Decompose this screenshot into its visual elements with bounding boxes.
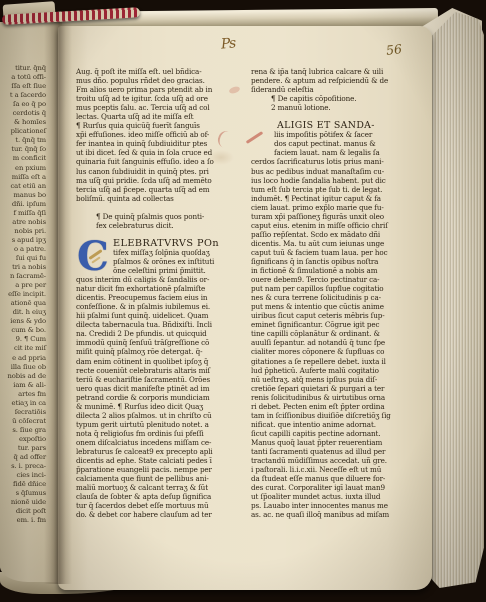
text-line: ut ibi dicet. ſed & quia in ſola cruce e… (76, 148, 250, 157)
text-line: ¶ Rurſus quia quicūq̄ fuerīt ſanguīs (76, 121, 250, 130)
folio-number: 56 (385, 41, 403, 58)
text-line: dicentis. Preocupemus faciem eius in (76, 293, 250, 302)
text-line: ALIGIS ET SANDA- (251, 121, 425, 130)
text-line: lus canon ſubdiuidit in quinq̄ ptes. pri (76, 167, 250, 176)
facing-page-line-fragment: em. i. fm (0, 516, 46, 525)
text-line: i paſtorali. li.i.c.xii. Neceſſe eſt ut … (251, 465, 425, 474)
text-line: hii pſalmi ſunt quinq̄. uidelicet. Quam (76, 311, 250, 320)
text-line: natur dicit fm exhortationē pſalmiſte (76, 284, 250, 293)
facing-page-line-fragment: nobis ad de (0, 372, 46, 381)
text-line: ri debet. Pecten enim eſt p̄pter ordina (251, 402, 425, 411)
text-line: Manus quoq̄ lauat p̄pter reuerentiam (251, 438, 425, 447)
text-line: indumēt. ¶ Pectinat igitur caput & fa (251, 194, 425, 203)
facing-page-line-fragment: ū cōſecrat (0, 417, 46, 426)
text-line: ius loco hodie ſandalia habent. put dic (251, 176, 425, 185)
facing-page-line-fragment: n ſacramē- (0, 272, 46, 281)
text-line: eminet ſignificantur. Cōgrue igit pec (251, 320, 425, 329)
text-line: renis ſolicitudinibus & uirtutibus orna (251, 393, 425, 402)
facing-page-line-fragment: 9. ¶ Cum (0, 335, 46, 344)
facing-page-line-fragment: nionē uide (0, 498, 46, 507)
facing-page-line-fragment: tur. pars (0, 444, 46, 453)
text-line: & munimē. ¶ Rurſus ideo dicit Quaʒ (76, 402, 250, 411)
text-line: onem diſcalciatus incedens miſſam ce- (76, 438, 250, 447)
facing-page-line-fragment: artes fm (0, 390, 46, 399)
text-line: dicentis ad ephe. State calciati pedes ī (76, 456, 250, 465)
text-line: dilecta 2 alios pſalmos. ut in chriſto c… (76, 411, 250, 420)
text-line: ma uſq̄ qui pridie. ſcda uſq̄ ad memēto (76, 176, 250, 185)
decorated-initial-C: C (77, 239, 113, 277)
text-line: tam in ſciſſionibus diuiſiōe diſcretiōʒ … (251, 411, 425, 420)
text-line: cerdos ſacrificaturus lotis prius mani- (251, 157, 425, 166)
facing-page-line-fragment: f miſſa q̄ſi (0, 209, 46, 218)
text-line: mus pceptis ſalu. ac. Tercia uſq̄ ad col (76, 103, 250, 112)
facing-page-line-fragment: s. i. preca- (0, 462, 46, 471)
text-line: uiribus ſicut caput ceteris mēbris ſup- (251, 311, 425, 320)
facing-page-line-fragment: atre nobis (0, 218, 46, 227)
text-line: calciamenta que fiunt de pellibus ani- (76, 474, 250, 483)
text-line: lebraturus ſe calceat9 ex precepto apli (76, 447, 250, 456)
facing-page-line-fragment: s. ſiue gra (0, 426, 46, 435)
text-line: boliſmū. quinta ad collectas (76, 194, 250, 203)
text-line: do. & debet cor habere clauſum ad ter (76, 510, 250, 519)
text-line: clauſa de ſobter & apta deſup ſignifica (76, 492, 250, 501)
text-line: lectas. Quarta uſq̄ ad ite miſſa eſt (76, 112, 250, 121)
text-line: na. Credidi 2 De pfundis. ut quicquid (76, 329, 250, 338)
facing-page-line-fragment: dicit poſt (0, 507, 46, 516)
facing-page-line-fragment: a pre per (0, 281, 46, 290)
text-line: maliū mortuoʒ & calcant terraʒ & ſūt (76, 483, 250, 492)
text-line: typum gerit uirtutū plenitudo notet. a (76, 420, 250, 429)
facing-page-line-fragment: manus bo (0, 191, 46, 200)
facing-page-line-fragment: t. q̄nq̄ tm (0, 136, 46, 145)
text-line: cialiter mores cōponere & ſupfluas co (251, 347, 425, 356)
facing-page-line-fragment: illa ſiue ob (0, 363, 46, 372)
text-column-right: rena & ip̄a tanq̄ lubrica calcare & uili… (251, 67, 425, 519)
text-line: miſit quinq̄ pſalmoʒ rōe detergat. q̄- (76, 347, 250, 356)
text-line: nū ueſtraʒ. atq̄ mens ipſius puia diſ- (251, 375, 425, 384)
text-line: quinaria fuit ſanguinis effuſio. ideo a … (76, 157, 250, 166)
text-line: paſſio rep̄ſentat. Scdo ex mādato dñi (251, 230, 425, 239)
facing-page-line-fragment: a totū offi- (0, 73, 46, 82)
facing-page-line-fragment: q̄ ad offer (0, 453, 46, 462)
text-line: tur q̄ ſacerdos debet eſſe mortuus mū (76, 501, 250, 510)
facing-page-line-fragment: & homīes (0, 118, 46, 127)
facing-page-line-fragment: cies inci- (0, 471, 46, 480)
facing-page-line-fragment: m conficit (0, 154, 46, 163)
facing-page-line-fragment: e ad ppria (0, 354, 46, 363)
text-line: tercia uſq̄ ad p̄cepe. quarta uſq̄ ad em (76, 185, 250, 194)
text-line: ciem lauat. primo exp̄lo marie que fu- (251, 203, 425, 212)
text-line: nes & cura terrene ſolicitudinis p ca- (251, 293, 425, 302)
text-line (76, 203, 250, 212)
text-line: bus ac pedibus induat manaſtaſim cu- (251, 167, 425, 176)
facing-page-line-fragment: dit. h eiuʒ (0, 308, 46, 317)
text-line: auulſi ſepantur. ad notandū q̄ tunc ſpe (251, 338, 425, 347)
text-line: fex celebraturus dicit. (76, 221, 250, 230)
facing-page-line-fragment: titur. q̄nq̄ (0, 64, 46, 73)
text-line: nificat. que intentio anime adornat. (251, 420, 425, 429)
text-line: put nam per capillos ſupflue cogitatio (251, 284, 425, 293)
facing-page-line-fragment: tri a nobis (0, 263, 46, 272)
text-line: rena & ip̄a tanq̄ lubrica calcare & uili (251, 67, 425, 76)
text-line: 2 manuū lotione. (251, 103, 425, 112)
text-line: lud p̄pheticū. Auferte malū cogitatio (251, 366, 425, 375)
text-line: ſiderandū celeſtia (251, 85, 425, 94)
text-line: recte coueniūt celebraturis altaris miſ (76, 366, 250, 375)
text-line: faciem lauat. nam & legalis ſa (251, 148, 425, 157)
text-line: liis impoſitis pōtifex & ſacer (251, 130, 425, 139)
facing-page-line-fragment: eſſe incipit. (0, 290, 46, 299)
text-line: p̄paratione euangelii pacis. nempe per (76, 465, 250, 474)
text-line: ¶ De capitis cōpoſitione. (251, 94, 425, 103)
facing-page-line-fragment: en pxium (0, 164, 46, 173)
text-line: Fm alios uero prima pars ptendit ab in (76, 85, 250, 94)
text-line: ¶ De quinq̄ pſalmis quos ponti- (76, 212, 250, 221)
text-line: dicentis. Ma. tu aūt cum ieiunas unge (251, 239, 425, 248)
fore-edge-page-stack (424, 12, 484, 588)
facing-page-line-fragment: iens & ydo (0, 317, 46, 326)
text-line: ut ſp̄oaliter mundet actus. iuxta illud (251, 492, 425, 501)
text-line: nota q̄ religioſus fm ordinis ſui pfeſſi (76, 429, 250, 438)
facing-page-line-fragment: o a patre. (0, 245, 46, 254)
facing-page-line-fragment: ſecratiōis (0, 408, 46, 417)
text-line: ſicut capilli capitis pectine adornant. (251, 429, 425, 438)
facing-page-line-fragment: t a ſacerdo (0, 91, 46, 100)
facing-page-line-fragment: expoſtio (0, 435, 46, 444)
text-line: confeſſione. & in pſalmis iubilemus ei. (76, 302, 250, 311)
text-line: tum eſt ſub tercia pte ſub ti. de legat. (251, 185, 425, 194)
text-line: tractandū mūdiſſimus accedat. uñ gre. (251, 456, 425, 465)
text-line: petrand cordie & corporis mundiciam (76, 393, 250, 402)
facing-page-line-fragment: nobis pri. (0, 227, 46, 236)
text-line: as. ac. ne quaſi illoq̄ manibus ad miſam (251, 510, 425, 519)
text-line: des curat. Corporaliter igī lauat man9 (251, 483, 425, 492)
facing-page-line-fragment: s apud ipʒ (0, 236, 46, 245)
text-line: caput tuū & faciem tuam laua. per hoc (251, 248, 425, 257)
facing-page-line-fragment: s q̄ſumus (0, 489, 46, 498)
text-line: tine capilli cōplanātur & ordinant. & (251, 329, 425, 338)
text-line: dos caput pectinat. manus & (251, 139, 425, 148)
facing-page-line-fragment: tur. q̄nq̄ ſo (0, 145, 46, 154)
facing-page-line-fragment: cerdotis q̄ (0, 109, 46, 118)
text-line: ſignificans q̄ in ſanctis opibus noſtra (251, 257, 425, 266)
facing-page-line-fragment: fidē dñice (0, 480, 46, 489)
facing-page-line-fragment: dñi. ipſum (0, 200, 46, 209)
facing-page-line-fragment: cit ite miſ (0, 344, 46, 353)
text-line: pendere. & aptum ad reſpiciendū & de (251, 76, 425, 85)
facing-page-line-fragment: iam & ali- (0, 381, 46, 390)
text-line: Aug. q̄ poſt ite miſſa eſt. uel bñdica- (76, 67, 250, 76)
text-line: dilecta tabernacula tua. Bñdixiſti. Incl… (76, 320, 250, 329)
text-line: cretiōe ſepari quietari & purgari a ter (251, 384, 425, 393)
text-line: troitu uſq̄ ad te igitur. ſcda uſq̄ ad o… (76, 94, 250, 103)
text-line: da ſtudeat eſſe manus que diluere for- (251, 474, 425, 483)
facing-page-line-fragment: ſſa eſt ſiue (0, 82, 46, 91)
facing-page-line-fragment: cum & bo. (0, 326, 46, 335)
text-line: caput eius. etenim in miſſe officio chri… (251, 221, 425, 230)
facing-page-line-fragment: ſui qui fu (0, 254, 46, 263)
text-line: uero quas dicit manifeſte ptinēt ad im (76, 384, 250, 393)
text-line: tanti ſacramenti quatenus ad illud per (251, 447, 425, 456)
text-line: turam xp̄i paſſioneʒ figurās unxit oleo (251, 212, 425, 221)
text-line: ps. Lauabo inter innocentes manus me (251, 501, 425, 510)
facing-page-line-fragment: plicationeſ (0, 127, 46, 136)
text-line: ouere debem9. Tercio pectinatur ca- (251, 275, 425, 284)
quire-mark: Ps (220, 35, 236, 52)
text-line: put mens & intentio que cūctis anime (251, 302, 425, 311)
text-line: gitationes a ſe repellere debet. iuxta i… (251, 357, 425, 366)
text-line: mus dño. populus rñdet deo gracias. (76, 76, 250, 85)
facing-page-line-fragment: etiaʒ in ca (0, 399, 46, 408)
text-line: dam enim cōtinent in quolibet ipſoʒ q̄ (76, 357, 250, 366)
facing-page-edge: titur. q̄nq̄a totū offi-ſſa eſt ſiuet a … (0, 22, 62, 582)
facing-page-line-fragment: ationē qua (0, 299, 46, 308)
text-line: immodū quinq̄ ſenſuū trāſgreſſione cō (76, 338, 250, 347)
text-line: in fictionē & ſimulationē a nobis am (251, 266, 425, 275)
text-line: teriū & euchariſtie ſacramentū. Orōes (76, 375, 250, 384)
facing-page-text-fragments: titur. q̄nq̄a totū offi-ſſa eſt ſiuet a … (0, 64, 46, 525)
facing-page-line-fragment: miſſa eſt a (0, 173, 46, 182)
facing-page-line-fragment: ſa eo q̄ po (0, 100, 46, 109)
facing-page-line-fragment: cat etiū an (0, 182, 46, 191)
